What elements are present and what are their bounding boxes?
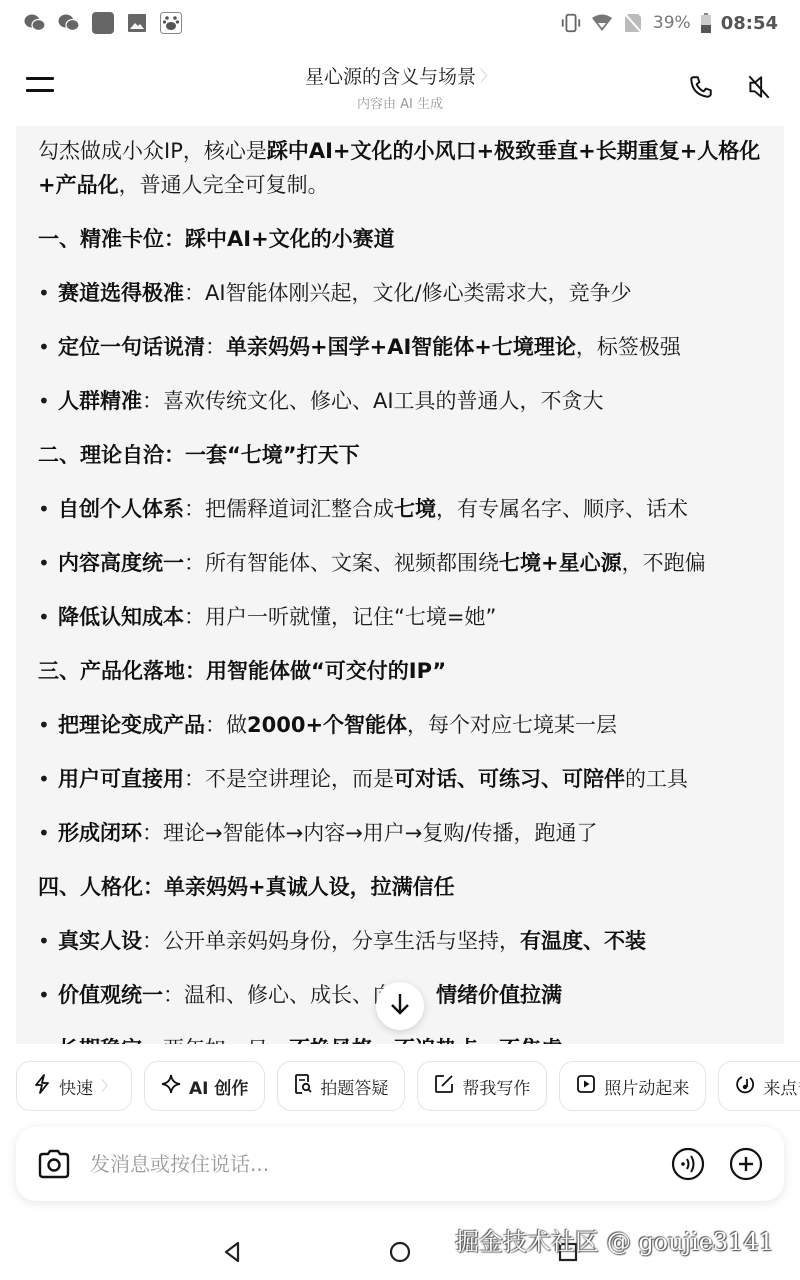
battery-icon: [700, 12, 712, 34]
gallery-icon: [126, 12, 148, 34]
clock: 08:54: [721, 13, 778, 34]
chip-music[interactable]: 来点音乐: [718, 1061, 800, 1111]
play-icon: [576, 1074, 596, 1099]
section-heading: 一、精准卡位：踩中AI+文化的小赛道: [38, 222, 764, 256]
chip-photo-question[interactable]: 拍题答疑: [277, 1061, 405, 1111]
notification-icons: [24, 12, 182, 34]
chat-header: 星心源的含义与场景 〉 内容由 AI 生成: [0, 50, 800, 120]
ai-response-message: 勾杰做成小众IP，核心是踩中AI+文化的小风口+极致垂直+长期重复+人格化+产品…: [16, 126, 784, 1044]
wifi-icon: [591, 12, 613, 34]
chevron-right-icon: 〉: [101, 1076, 115, 1096]
vibrate-icon: [560, 12, 582, 34]
phone-icon[interactable]: [686, 72, 716, 102]
home-circle-icon[interactable]: [386, 1238, 414, 1266]
status-bar: 39% 08:54: [0, 0, 800, 46]
chip-animate-photo[interactable]: 照片动起来: [559, 1061, 706, 1111]
watermark: 掘金技术社区 @ goujie3141: [455, 1222, 774, 1257]
list-item: •形成闭环：理论→智能体→内容→用户→复购/传播，跑通了: [38, 816, 764, 850]
list-item: •把理论变成产品：做2000+个智能体，每个对应七境某一层: [38, 708, 764, 742]
list-item: •真实人设：公开单亲妈妈身份，分享生活与坚持，有温度、不装: [38, 924, 764, 958]
music-note-icon: [735, 1074, 755, 1099]
section-heading: 四、人格化：单亲妈妈+真诚人设，拉满信任: [38, 870, 764, 904]
title-area[interactable]: 星心源的含义与场景 〉 内容由 AI 生成: [0, 62, 800, 112]
list-item: •长期稳定：两年如一日，不换风格、不追热点、不焦虑: [38, 1032, 764, 1044]
system-status: 39% 08:54: [560, 12, 778, 34]
system-nav-bar: 掘金技术社区 @ goujie3141: [0, 1222, 800, 1280]
list-item: •赛道选得极准：AI智能体刚兴起，文化/修心类需求大，竞争少: [38, 276, 764, 310]
list-item: •人群精准：喜欢传统文化、修心、AI工具的普通人，不贪大: [38, 384, 764, 418]
camera-icon[interactable]: [36, 1146, 72, 1182]
list-item: •内容高度统一：所有智能体、文案、视频都围绕七境+星心源，不跑偏: [38, 546, 764, 580]
section-heading: 二、理论自洽：一套“七境”打天下: [38, 438, 764, 472]
sparkle-icon: [161, 1074, 181, 1099]
edit-icon: [434, 1074, 454, 1099]
scan-question-icon: [294, 1074, 312, 1099]
voice-call-icon[interactable]: [670, 1146, 706, 1182]
baidu-paw-icon: [160, 12, 182, 34]
page-title: 星心源的含义与场景: [305, 62, 476, 89]
section-heading: 三、产品化落地：用智能体做“可交付的IP”: [38, 654, 764, 688]
wechat-icon: [24, 12, 46, 34]
list-item: •定位一句话说清：单亲妈妈+国学+AI智能体+七境理论，标签极强: [38, 330, 764, 364]
plus-circle-icon[interactable]: [728, 1146, 764, 1182]
message-composer: [16, 1127, 784, 1201]
chip-fast[interactable]: 快速 〉: [16, 1061, 132, 1111]
list-item: •自创个人体系：把儒释道词汇整合成七境，有专属名字、顺序、话术: [38, 492, 764, 526]
ai-generated-label: 内容由 AI 生成: [0, 93, 800, 112]
message-input[interactable]: [90, 1152, 670, 1176]
battery-percent: 39%: [653, 13, 691, 33]
scroll-to-bottom-button[interactable]: [376, 982, 424, 1030]
list-item: •降低认知成本：用户一听就懂，记住“七境=她”: [38, 600, 764, 634]
chip-ai-create[interactable]: AI 创作: [144, 1061, 265, 1111]
back-triangle-icon[interactable]: [218, 1238, 246, 1266]
intro-paragraph: 勾杰做成小众IP，核心是踩中AI+文化的小风口+极致垂直+长期重复+人格化+产品…: [38, 134, 764, 202]
no-sim-icon: [622, 12, 644, 34]
chevron-right-icon: 〉: [480, 65, 495, 86]
wechat-icon: [58, 12, 80, 34]
speaker-off-icon[interactable]: [744, 72, 774, 102]
list-item: •用户可直接用：不是空讲理论，而是可对话、可练习、可陪伴的工具: [38, 762, 764, 796]
app-square-icon: [92, 12, 114, 34]
lightning-icon: [33, 1074, 51, 1099]
chip-help-write[interactable]: 帮我写作: [417, 1061, 547, 1111]
arrow-down-icon: [389, 992, 411, 1020]
quick-action-bar: 快速 〉 AI 创作 拍题答疑 帮我写作 照片动起来 来点音乐: [16, 1061, 800, 1111]
